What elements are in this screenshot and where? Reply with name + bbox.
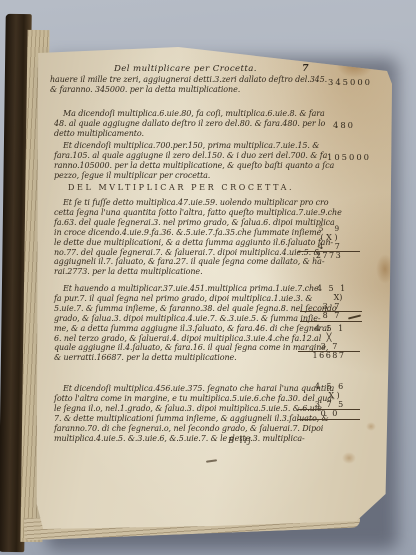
text-line: in croce dicendo.4.uie.9.fa.36. &.5.uie.… [54, 228, 304, 238]
signature-mark: B iij [228, 435, 252, 445]
diagram-result: 16687 [298, 352, 360, 361]
margin-result-345000: 345000 [328, 77, 372, 87]
diagram-result: 2773 [298, 252, 360, 261]
text-line: pezzo, ſegue il multiplicar per crocetta… [54, 171, 304, 181]
text-line: quale aggiugne il.4.ſaluato, & fara.16. … [54, 343, 304, 353]
book-page: Del multiplicare per Crocetta. 7 hauere … [36, 44, 392, 544]
paragraph-scapezzo-105000: Et dicendoſi multiplica.700.per.150, pri… [54, 141, 304, 181]
text-line: Et dicendoſi multiplica.456.uie.375. ſeg… [54, 384, 304, 394]
text-line: Ma dicendoſi multiplica.6.uie.80, fa coſ… [54, 109, 304, 119]
text-line: rai.2773. per la detta multiplicatione. [54, 267, 304, 277]
crocetta-diagram-451x37-partial: 4 5 1 X) 3 7 8 7 [300, 285, 362, 322]
paragraph-scapezzo-480: Ma dicendoſi multiplica.6.uie.80, fa coſ… [54, 109, 304, 139]
text-line: le ſegna il.o, nel.1.grado, & ſalua.3. d… [54, 404, 304, 414]
text-line: 48. al quale aggiugne dallato deſtro il … [54, 119, 304, 129]
diagram-partial-result: 8 7 [300, 312, 362, 322]
text-line: Et dicendoſi multiplica.700.per.150, pri… [54, 141, 304, 151]
text-line: me, & a detta ſumma aggiugne il.3.ſaluat… [54, 324, 304, 334]
text-line: aggiugneli il.7. ſaluato, & fara.27. il … [54, 257, 304, 267]
stain-spot [342, 452, 356, 464]
book-photograph: Del multiplicare per Crocetta. 7 hauere … [0, 0, 416, 555]
crocetta-diagram-47x59: 5 9 ( X ) 4 7 2773 [298, 225, 360, 261]
diagram-partial-result: 0 0 [298, 410, 360, 420]
paragraph-example-456x375: Et dicendoſi multiplica.456.uie.375. ſeg… [54, 384, 304, 443]
text-line: fa pur.7. il qual ſegna nel primo grado,… [54, 294, 304, 304]
text-line: multiplica.4.uie.5. &.3.uie.6, &.5.uie.7… [54, 434, 304, 444]
margin-result-480: 480 [333, 120, 355, 130]
running-title: Del multiplicare per Crocetta. [114, 64, 257, 74]
text-line: ſotto l'altra come in margine, e tu mult… [54, 394, 304, 404]
text-line: le dette due multiplicationi, & a detta … [54, 238, 304, 248]
paragraph-example-47x59: Et ſe ti fuſſe detto multiplica.47.uie.5… [54, 198, 304, 277]
text-line: no.77. del quale ſegnerai.7. & ſaluerai.… [54, 248, 304, 258]
margin-result-105000: 105000 [327, 152, 371, 162]
crocetta-diagram-456x375: 4 5 6 X ) 3 7 5 0 0 [298, 383, 360, 420]
text-line: 5.uie.7. & ſumma inſieme, & faranno.38. … [54, 304, 304, 314]
stain-spot [366, 422, 376, 431]
text-line: & uerratti.16687. per la detta multiplic… [54, 353, 304, 363]
text-line: Et hauendo a multiplicar.37.uie.451.mult… [54, 284, 304, 294]
section-heading: DEL MVLTIPLICAR PER CROCETTA. [68, 183, 294, 192]
page-number: 7 [302, 63, 309, 74]
text-line: cetta ſegna l'una quantita ſotto l'altra… [54, 208, 304, 218]
text-line: hauere il mille tre zeri, aggiugnerai de… [50, 75, 300, 85]
text-line: grado, & ſalua.3. dipoi multiplica.4.uie… [54, 314, 304, 324]
text-line: fara.105. al quale aggiugne il zero del.… [54, 151, 304, 161]
diagram-factors-top: 4 5 1 [300, 285, 362, 294]
paragraph-scapezzo-345: hauere il mille tre zeri, aggiugnerai de… [50, 75, 300, 95]
text-line: faranno.70. di che ſegnerai.o, nel ſecon… [54, 424, 304, 434]
crocetta-diagram-451x37-final: 4 5 1 ╳ 3 7 16687 [298, 325, 360, 361]
text-line: 6. nel terzo grado, & ſaluerai.4. dipoi … [54, 334, 304, 344]
text-line: fa.63. del quale ſegnerai.3. nel primo g… [54, 218, 304, 228]
text-line: 7. & dette multiplicationi ſumma inſieme… [54, 414, 304, 424]
text-line: & faranno. 345000. per la detta multipli… [50, 85, 300, 95]
text-line: ranno.105000. per la detta multiplicatio… [54, 161, 304, 171]
paragraph-example-37x451: Et hauendo a multiplicar.37.uie.451.mult… [54, 284, 304, 363]
text-line: detto multiplicamento. [54, 129, 304, 139]
text-line: Et ſe ti fuſſe detto multiplica.47.uie.5… [54, 198, 304, 208]
pen-mark [206, 459, 217, 462]
